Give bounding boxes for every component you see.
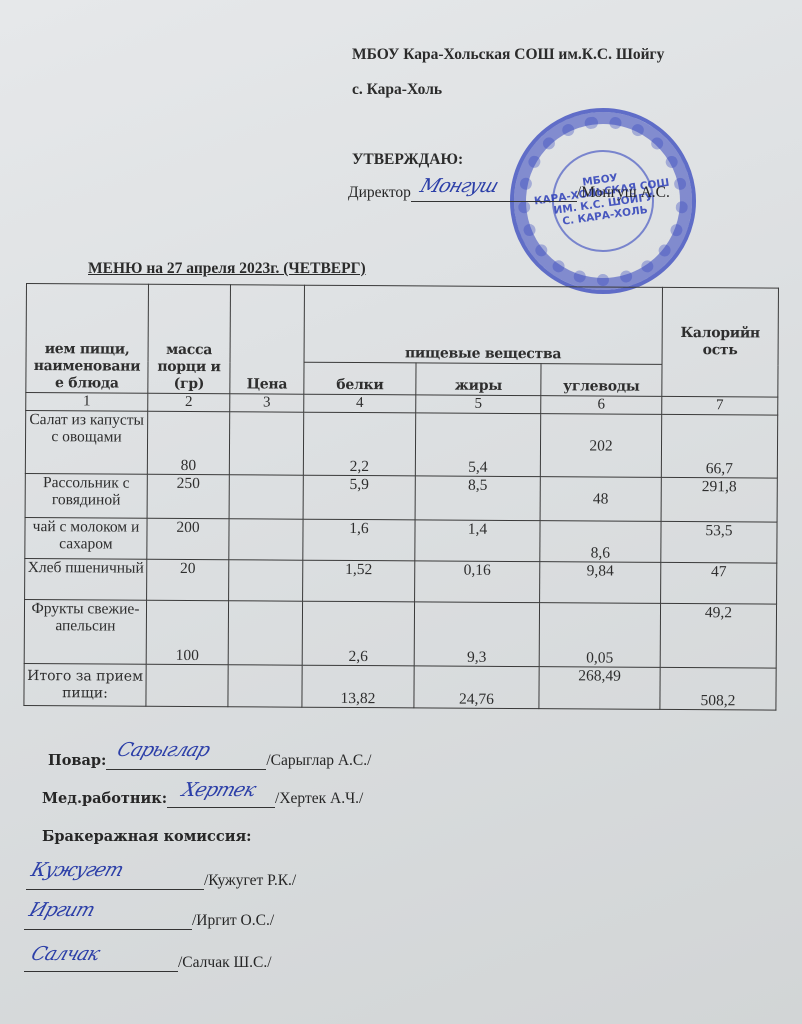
- total-carbs: 268,49: [539, 667, 660, 710]
- director-signature-line: Монгуш: [411, 185, 577, 202]
- dish-name: Хлеб пшеничный: [25, 558, 147, 600]
- table-row: Фрукты свежие- апельсин 100 2,6 9,3 0,05…: [24, 599, 776, 668]
- dish-proteins: 2,6: [302, 601, 414, 666]
- commission-signature-line: Кужугет: [26, 873, 204, 890]
- dish-calories: 291,8: [661, 477, 777, 522]
- table-row: Хлеб пшеничный 20 1,52 0,16 9,84 47: [25, 558, 777, 604]
- header-proteins: белки: [304, 362, 416, 395]
- header-nutrients: пищевые вещества: [304, 285, 662, 364]
- header-fats: жиры: [416, 363, 541, 396]
- dish-fats: 9,3: [414, 602, 539, 667]
- cook-name: /Сарыглар А.С./: [266, 752, 371, 769]
- dish-carbs: 202: [540, 414, 661, 478]
- total-price: [228, 665, 302, 707]
- approve-heading: УТВЕРЖДАЮ:: [352, 151, 463, 169]
- dish-fats: 5,4: [415, 413, 540, 477]
- dish-mass: 80: [147, 411, 229, 474]
- dish-price: [229, 412, 303, 475]
- header-price: Цена: [230, 285, 305, 394]
- table-row: Салат из капусты с овощами 80 2,2 5,4 20…: [25, 411, 777, 479]
- medic-name: /Хертек А.Ч./: [275, 790, 363, 807]
- village-name: с. Кара-Холь: [352, 81, 442, 99]
- commission-member-row: Иргит/Иргит О.С./: [24, 912, 274, 930]
- commission-member-name: /Кужугет Р.К./: [204, 872, 296, 889]
- total-fats: 24,76: [414, 666, 539, 709]
- cook-signature: Сарыглар: [115, 739, 213, 761]
- dish-proteins: 1,52: [303, 560, 415, 602]
- table-row: чай с молоком и сахаром 200 1,6 1,4 8,6 …: [25, 517, 777, 563]
- dish-fats: 8,5: [415, 476, 540, 521]
- menu-title: МЕНЮ на 27 апреля 2023г. (ЧЕТВЕРГ): [88, 260, 366, 278]
- dish-mass: 200: [147, 518, 229, 560]
- dish-carbs: 48: [540, 477, 661, 522]
- header-mass: масса порци и (гр): [148, 284, 231, 393]
- dish-calories: 53,5: [661, 521, 777, 563]
- organization-name: МБОУ Кара-Хольская СОШ им.К.С. Шойгу: [352, 46, 664, 64]
- dish-price: [229, 560, 303, 601]
- cook-label: Повар:: [48, 752, 106, 769]
- commission-signature: Салчак: [28, 943, 102, 965]
- medic-signature-line: Хертек: [167, 791, 275, 808]
- medic-signature-row: Мед.работник:Хертек/Хертек А.Ч./: [42, 790, 363, 808]
- cook-signature-line: Сарыглар: [106, 753, 266, 770]
- dish-fats: 1,4: [415, 520, 540, 562]
- dish-price: [229, 475, 303, 519]
- commission-signature-line: Салчак: [24, 955, 178, 972]
- medic-label: Мед.работник:: [42, 790, 167, 807]
- commission-member-row: Салчак/Салчак Ш.С./: [24, 954, 272, 972]
- commission-signature: Иргит: [26, 899, 97, 921]
- total-proteins: 13,82: [302, 665, 414, 708]
- dish-carbs: 0,05: [539, 603, 660, 668]
- header-meal: ием пищи, наименовани е блюда: [26, 284, 149, 394]
- dish-carbs: 9,84: [540, 562, 661, 604]
- commission-member-name: /Иргит О.С./: [192, 912, 274, 929]
- director-label: Директор: [348, 184, 411, 201]
- header-calories: Калорийн ость: [662, 287, 779, 397]
- commission-member-row: Кужугет/Кужугет Р.К./: [26, 872, 296, 890]
- cook-signature-row: Повар:Сарыглар/Сарыглар А.С./: [48, 752, 371, 770]
- dish-name: Фрукты свежие- апельсин: [24, 599, 146, 664]
- total-calories: 508,2: [660, 667, 776, 710]
- dish-calories: 47: [661, 562, 777, 604]
- director-approval-line: ДиректорМонгуш/Монгуш А.С.: [348, 184, 670, 202]
- dish-price: [228, 601, 302, 665]
- dish-mass: 250: [147, 474, 229, 519]
- commission-label: Бракеражная комиссия:: [42, 828, 252, 845]
- dish-carbs: 8,6: [540, 521, 661, 563]
- menu-table: ием пищи, наименовани е блюда масса порц…: [23, 283, 779, 711]
- table-row: Рассольник с говядиной 250 5,9 8,5 48 29…: [25, 473, 777, 522]
- dish-mass: 100: [146, 600, 228, 664]
- dish-fats: 0,16: [415, 561, 540, 603]
- medic-signature: Хертек: [179, 779, 258, 801]
- commission-signature-line: Иргит: [24, 913, 192, 930]
- dish-proteins: 2,2: [303, 412, 415, 476]
- dish-mass: 20: [147, 559, 229, 601]
- total-mass: [146, 664, 228, 707]
- dish-name: чай с молоком и сахаром: [25, 517, 147, 559]
- commission-signature: Кужугет: [28, 859, 125, 881]
- dish-proteins: 5,9: [303, 475, 415, 520]
- dish-name: Салат из капусты с овощами: [25, 411, 147, 475]
- director-name: /Монгуш А.С.: [577, 184, 670, 201]
- total-label: Итого за прием пищи:: [24, 663, 146, 706]
- dish-price: [229, 519, 303, 560]
- dish-name: Рассольник с говядиной: [25, 473, 147, 518]
- header-carbs: углеводы: [541, 364, 662, 397]
- dish-calories: 66,7: [661, 414, 777, 478]
- total-row: Итого за прием пищи: 13,82 24,76 268,49 …: [24, 663, 776, 710]
- dish-proteins: 1,6: [303, 519, 415, 561]
- commission-member-name: /Салчак Ш.С./: [178, 954, 272, 971]
- dish-calories: 49,2: [660, 603, 776, 668]
- director-signature: Монгуш: [417, 175, 500, 197]
